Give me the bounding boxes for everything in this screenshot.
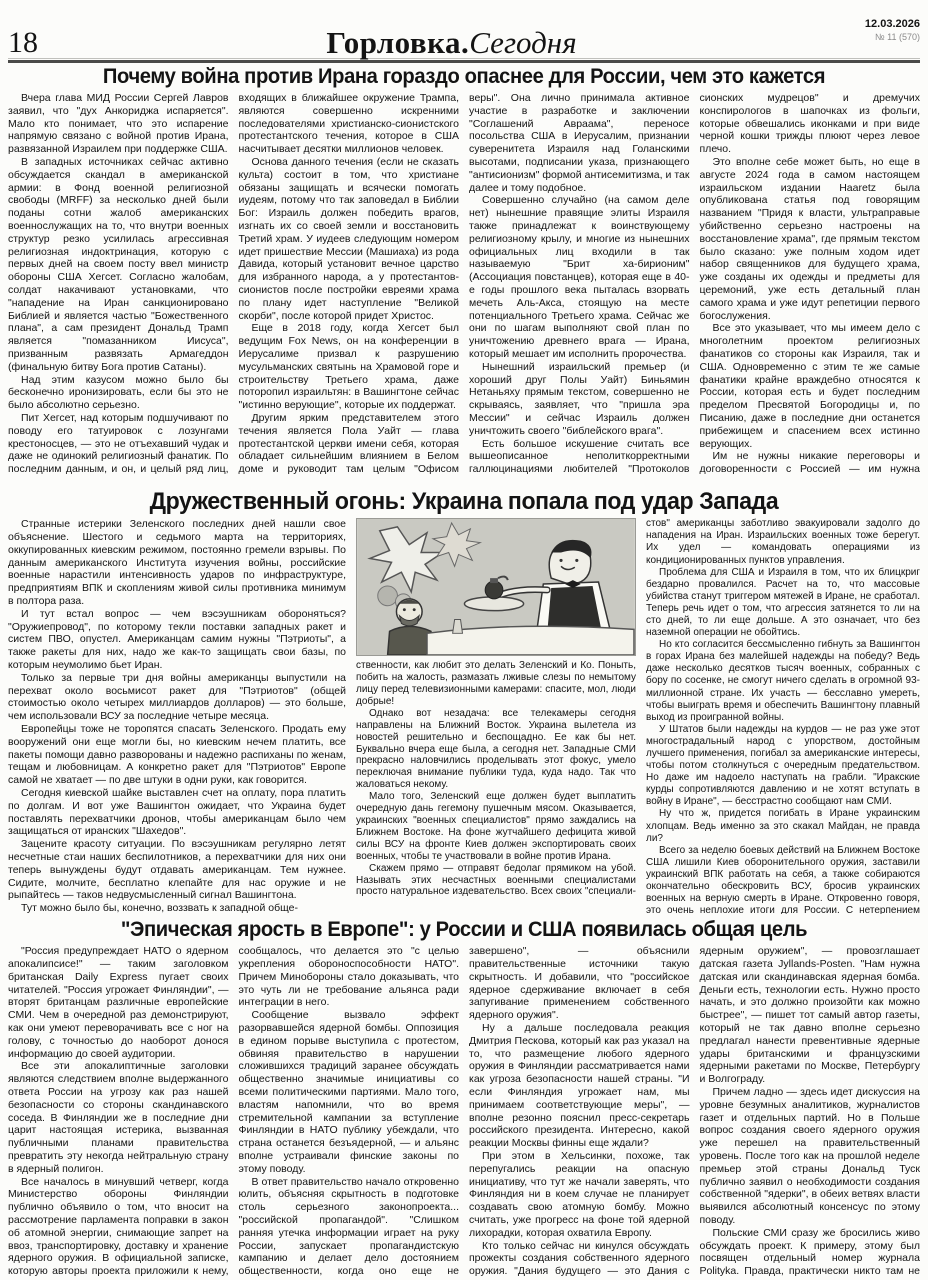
paragraph: Все эти апокалиптичные заголовки являютс… bbox=[8, 1060, 229, 1175]
newspaper-page: 18 Горловка.Сегодня 12.03.2026 № 11 (570… bbox=[0, 0, 928, 1280]
paragraph: У Штатов были надежды на курдов — не раз… bbox=[646, 724, 920, 809]
article1-headline: Почему война против Ирана гораздо опасне… bbox=[26, 66, 902, 88]
paragraph: Основа данного течения (если не сказать … bbox=[239, 156, 460, 322]
issue-number: № 11 (570) bbox=[865, 32, 920, 43]
paragraph: Вчера глава МИД России Сергей Лавров зая… bbox=[8, 92, 229, 156]
paragraph: Ну что ж, придется погибать в Иране укра… bbox=[646, 808, 920, 844]
paragraph: стов" американцы заботливо эвакуировали … bbox=[646, 518, 920, 566]
issue-info: 12.03.2026 № 11 (570) bbox=[865, 18, 920, 58]
paragraph: Ну а дальше последовала реакция Дмитрия … bbox=[469, 1022, 690, 1150]
masthead-script: Сегодня bbox=[469, 25, 576, 60]
paragraph: Однако вот незадача: все телекамеры сего… bbox=[356, 708, 636, 791]
paragraph: Зацените красоту ситуации. По вэсэушника… bbox=[8, 838, 346, 902]
paragraph: Сообщение вызвало эффект разорвавшейся я… bbox=[239, 1009, 460, 1175]
paragraph: При этом в Хельсинки, похоже, так перепу… bbox=[469, 1150, 690, 1240]
article2-illustration bbox=[356, 518, 636, 656]
paragraph: Причем ладно — здесь идет дискуссия на у… bbox=[700, 1086, 921, 1227]
paragraph: Тут можно было бы, конечно, воззвать к з… bbox=[8, 902, 346, 914]
article3-headline: "Эпическая ярость в Европе": у России и … bbox=[26, 919, 902, 941]
paragraph: Европейцы тоже не торопятся спасать Зеле… bbox=[8, 723, 346, 787]
article2-body: Странные истерики Зеленского последних д… bbox=[8, 518, 920, 914]
paragraph: Проблема для США и Израиля в том, что их… bbox=[646, 567, 920, 640]
paragraph: Над этим казусом можно было бы бесконечн… bbox=[8, 374, 229, 412]
paragraph: "Россия предупреждает НАТО о ядерном апо… bbox=[8, 945, 229, 1060]
article-iran-war: Почему война против Ирана гораздо опасне… bbox=[8, 66, 920, 484]
paragraph: Это вполне себе может быть, но еще в авг… bbox=[700, 156, 921, 322]
paragraph: Нынешний израильский премьер (и хороший … bbox=[469, 361, 690, 438]
issue-date: 12.03.2026 bbox=[865, 18, 920, 32]
paragraph: Все это указывает, что мы имеем дело с м… bbox=[700, 322, 921, 450]
cartoon-illustration bbox=[357, 519, 635, 655]
article3-body: "Россия предупреждает НАТО о ядерном апо… bbox=[8, 945, 920, 1280]
paragraph: Еще в 2018 году, когда Хегсет был ведущи… bbox=[239, 322, 460, 412]
article-friendly-fire: Дружественный огонь: Украина попала под … bbox=[8, 489, 920, 914]
paragraph: Скажем прямо — отправят бедолаг прямиком… bbox=[356, 863, 636, 899]
paragraph: ственности, как любит это делать Зеленск… bbox=[356, 660, 636, 708]
paragraph: Только за первые три дня войны американц… bbox=[8, 672, 346, 723]
page-number: 18 bbox=[8, 28, 38, 58]
article-epic-rage-europe: "Эпическая ярость в Европе": у России и … bbox=[8, 919, 920, 1280]
paragraph: Мало того, Зеленский еще должен будет вы… bbox=[356, 791, 636, 862]
paragraph: Странные истерики Зеленского последних д… bbox=[8, 518, 346, 608]
glass-icon bbox=[453, 620, 463, 634]
article2-headline: Дружественный огонь: Украина попала под … bbox=[26, 489, 902, 514]
paragraph: Но кто согласится бессмысленно гибнуть з… bbox=[646, 639, 920, 724]
article2-middle-column: ственности, как любит это делать Зеленск… bbox=[356, 518, 636, 914]
paragraph: Всего за неделю боевых действий на Ближн… bbox=[646, 845, 920, 914]
article2-left-column: Странные истерики Зеленского последних д… bbox=[8, 518, 346, 914]
paragraph: И тут встал вопрос — чем вэсэушникам обо… bbox=[8, 608, 346, 672]
page-header: 18 Горловка.Сегодня 12.03.2026 № 11 (570… bbox=[8, 0, 920, 58]
article2-right-column: стов" американцы заботливо эвакуировали … bbox=[646, 518, 920, 914]
masthead-main: Горловка. bbox=[326, 25, 469, 60]
paragraph: Сегодня киевской шайке выставлен счет на… bbox=[8, 787, 346, 838]
masthead: Горловка.Сегодня bbox=[326, 27, 576, 58]
paragraph: Совершенно случайно (на самом деле нет) … bbox=[469, 194, 690, 360]
article1-body: Вчера глава МИД России Сергей Лавров зая… bbox=[8, 92, 920, 484]
paragraph: В западных источниках сейчас активно обс… bbox=[8, 156, 229, 374]
